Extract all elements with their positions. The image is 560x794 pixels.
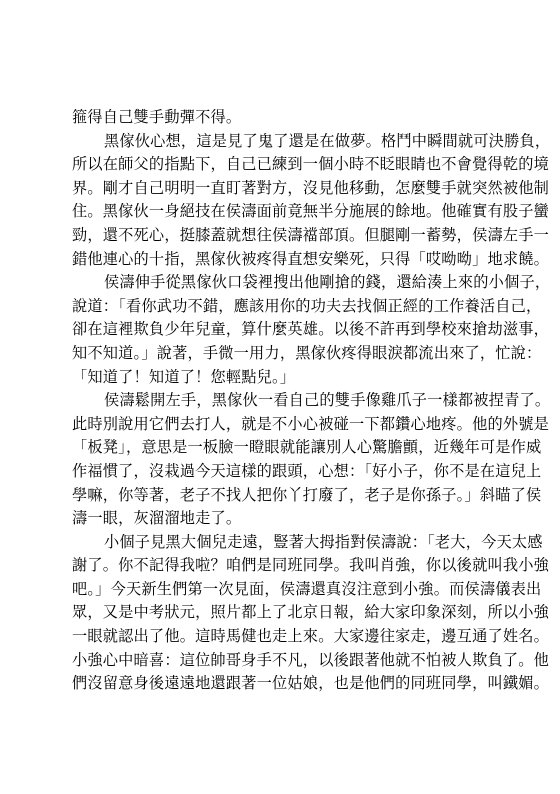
text-line: 勁，還不死心，挺膝蓋就想往侯濤襠部頂。但腿剛一蓄勢，侯濤左手一 <box>72 224 488 248</box>
text-line: 「板凳」，意思是一板臉一瞪眼就能讓別人心驚膽顫，近幾年可是作威 <box>72 436 488 460</box>
text-line: 卻在這裡欺負少年兒童，算什麼英雄。以後不許再到學校來搶劫滋事， <box>72 318 488 342</box>
text-line: 們沒留意身後遠遠地還跟著一位姑娘，也是他們的同班同學，叫鐵媚。 <box>72 672 488 696</box>
text-line: 小強心中暗喜：這位帥哥身手不凡，以後跟著他就不怕被人欺負了。他 <box>72 649 488 673</box>
text-line: 此時別說用它們去打人，就是不小心被碰一下都鑽心地疼。他的外號是 <box>72 413 488 437</box>
paragraph-start-line: 侯濤鬆開左手，黑傢伙一看自己的雙手像雞爪子一樣都被捏青了。 <box>72 389 488 413</box>
text-line: 「知道了！知道了！您輕點兒。」 <box>72 366 488 390</box>
text-line: 所以在師父的指點下，自己已練到一個小時不眨眼睛也不會覺得乾的境 <box>72 153 488 177</box>
paragraph-start-line: 小個子見黑大個兒走遠，豎著大拇指對侯濤說：「老大，今天太感 <box>72 531 488 555</box>
text-line: 錯他連心的十指，黑傢伙被疼得直想安樂死，只得「哎呦呦」地求饒。 <box>72 248 488 272</box>
paragraph-start-line: 黑傢伙心想，這是見了鬼了還是在做夢。格鬥中瞬間就可決勝負， <box>72 130 488 154</box>
text-line: 箍得自己雙手動彈不得。 <box>72 106 488 130</box>
text-line: 住。黑傢伙一身絕技在侯濤面前竟無半分施展的餘地。他確實有股子蠻 <box>72 200 488 224</box>
text-line: 眾，又是中考狀元，照片都上了北京日報，給大家印象深刻，所以小強 <box>72 601 488 625</box>
text-line: 吧。」今天新生們第一次見面，侯濤還真沒注意到小強。而侯濤儀表出 <box>72 578 488 602</box>
text-line: 學嘛，你等著，老子不找人把你丫打廢了，老子是你孫子。」斜瞄了侯 <box>72 484 488 508</box>
text-line: 一眼就認出了他。這時馬健也走上來。大家邊往家走，邊互通了姓名。 <box>72 625 488 649</box>
document-page: 箍得自己雙手動彈不得。 黑傢伙心想，這是見了鬼了還是在做夢。格鬥中瞬間就可決勝負… <box>72 106 488 696</box>
text-line: 界。剛才自己明明一直盯著對方，沒見他移動，怎麼雙手就突然被他制 <box>72 177 488 201</box>
text-line: 濤一眼，灰溜溜地走了。 <box>72 507 488 531</box>
text-line: 作福慣了，沒栽過今天這樣的跟頭，心想：「好小子，你不是在這兒上 <box>72 460 488 484</box>
text-line: 謝了。你不記得我啦？咱們是同班同學。我叫肖強，你以後就叫我小強 <box>72 554 488 578</box>
text-line: 說道：「看你武功不錯，應該用你的功夫去找個正經的工作養活自己， <box>72 295 488 319</box>
paragraph-start-line: 侯濤伸手從黑傢伙口袋裡搜出他剛搶的錢，還給湊上來的小個子， <box>72 271 488 295</box>
text-line: 知不知道。」說著，手微一用力，黑傢伙疼得眼淚都流出來了，忙說： <box>72 342 488 366</box>
